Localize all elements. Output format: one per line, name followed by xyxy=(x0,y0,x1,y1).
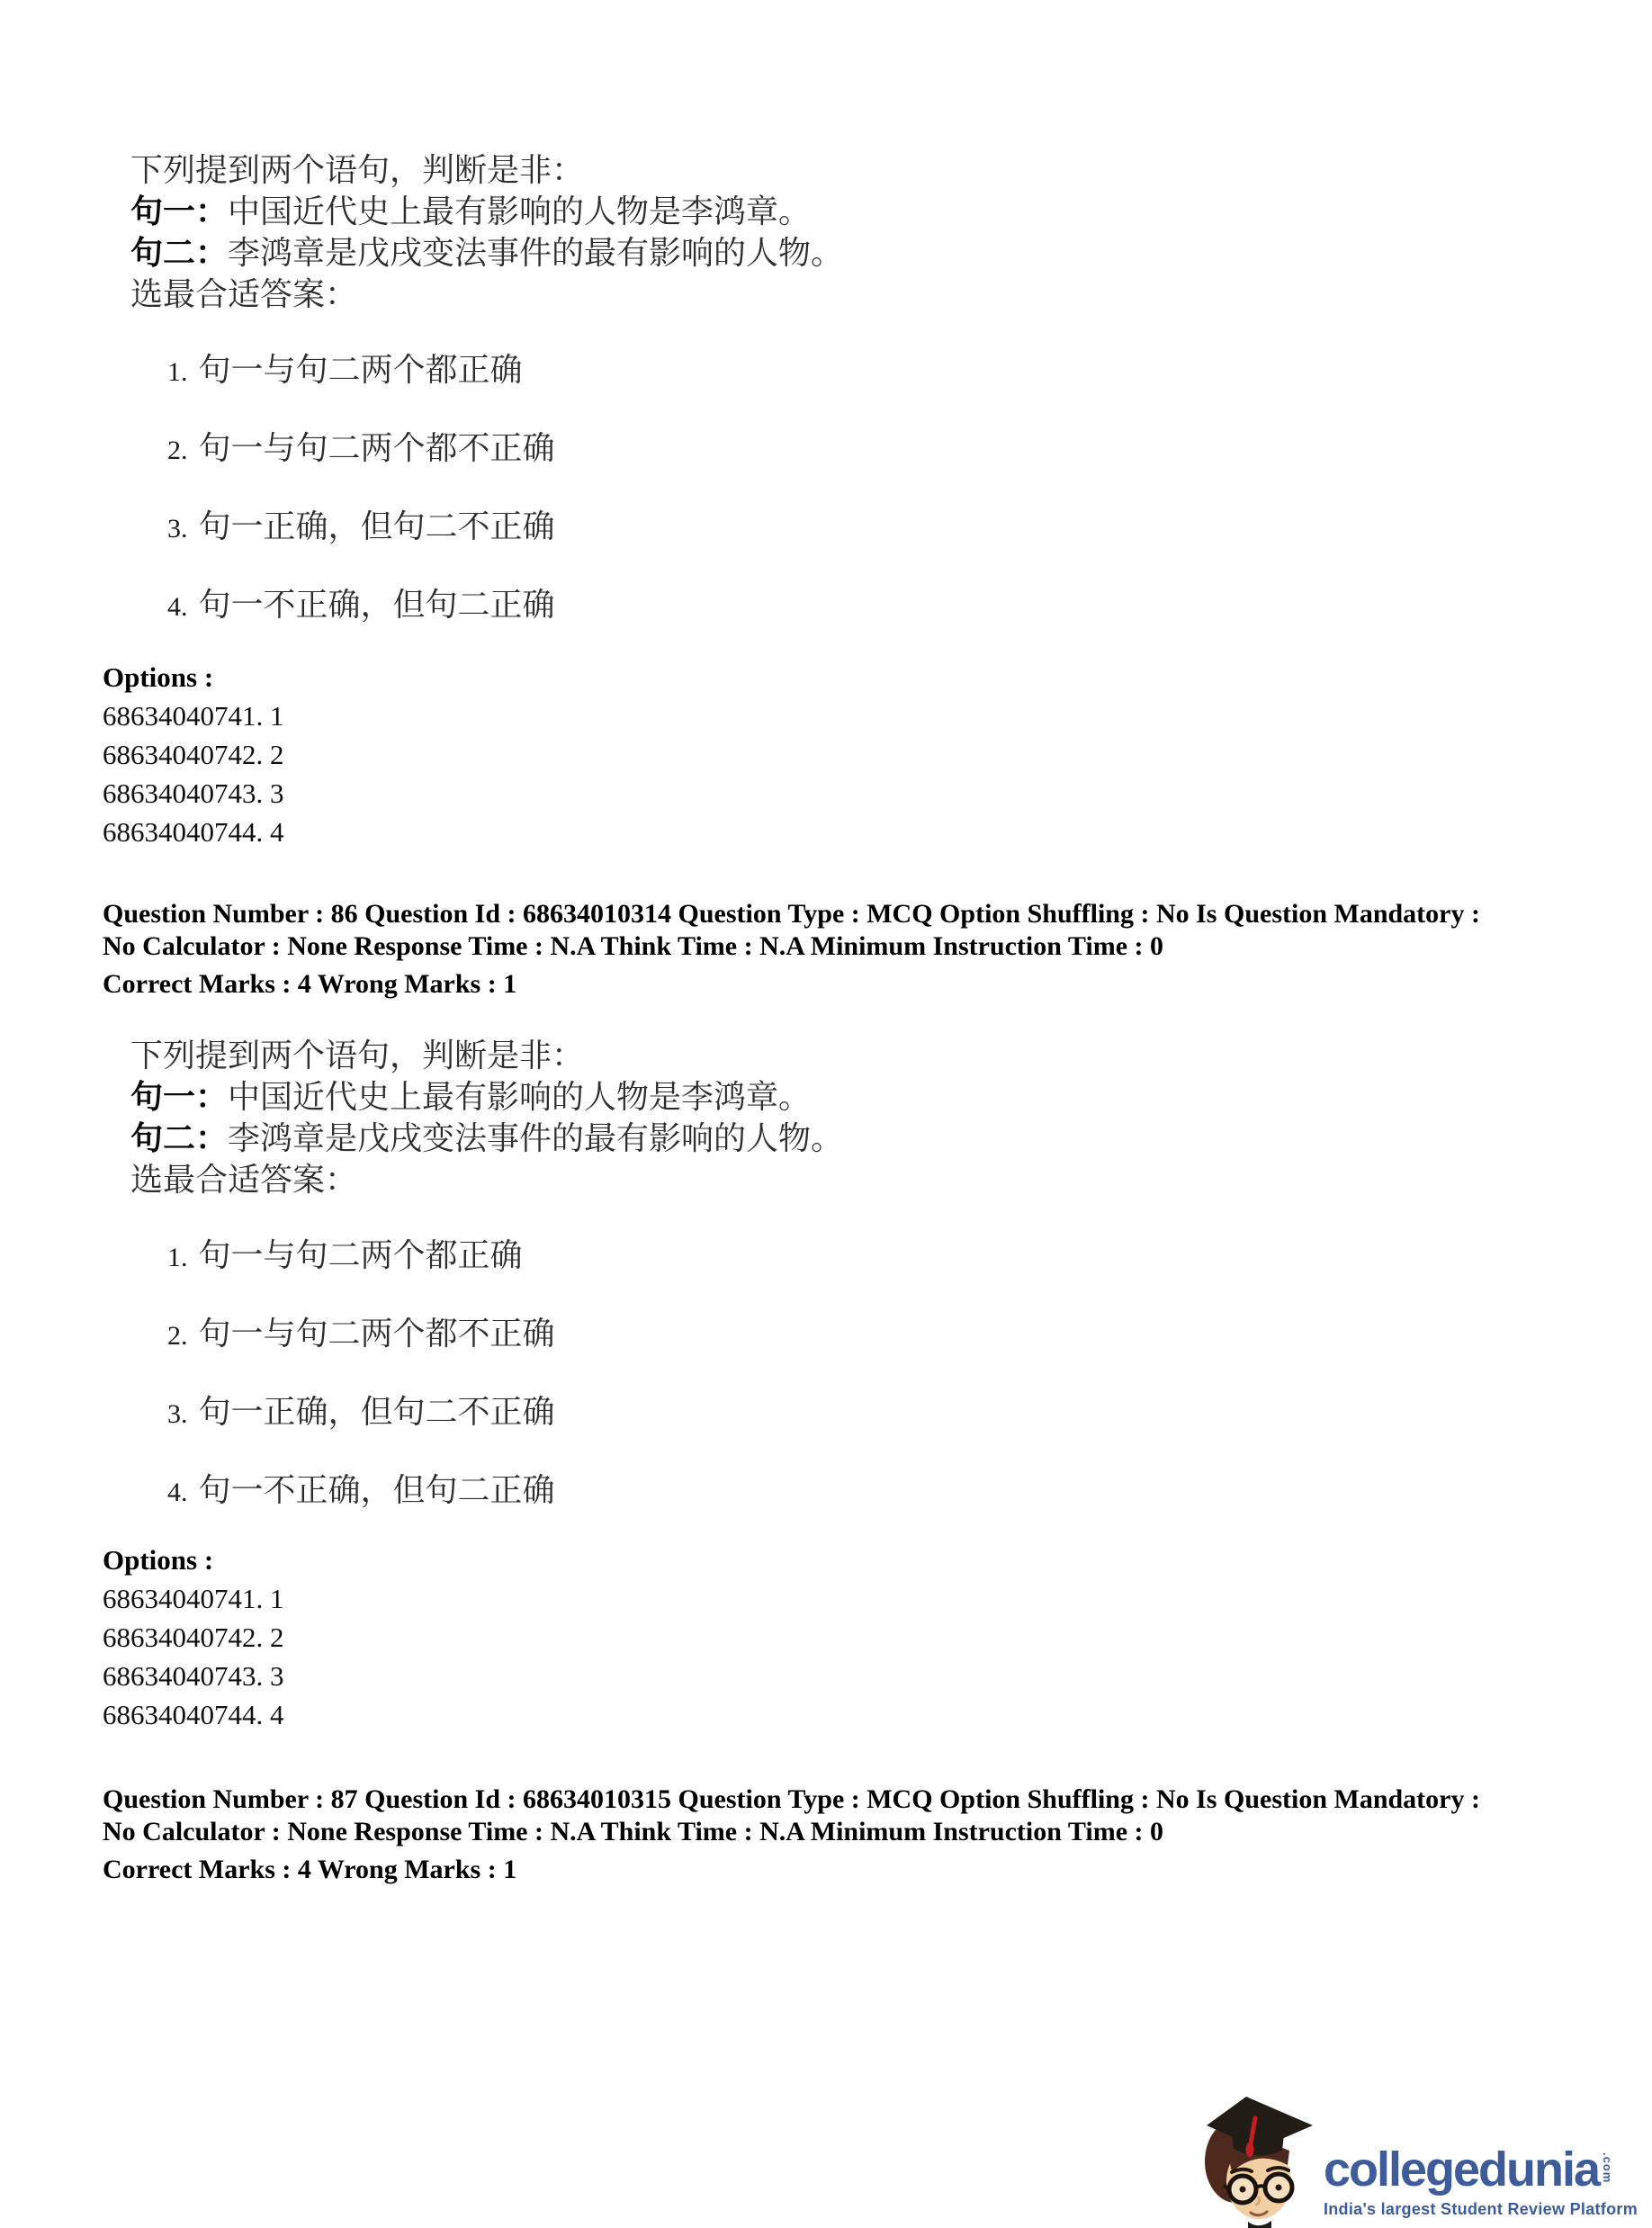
choice-text: 句一正确，但句二不正确 xyxy=(199,508,555,544)
question-body: 下列提到两个语句，判断是非： 句一：中国近代史上最有影响的人物是李鸿章。 句二：… xyxy=(130,149,843,315)
meta-line-1: Question Number : 87 Question Id : 68634… xyxy=(103,1783,1480,1816)
meta-line-2: No Calculator : None Response Time : N.A… xyxy=(103,1816,1480,1848)
sentence-two-label: 句二： xyxy=(130,1119,228,1156)
question-87-meta: Question Number : 87 Question Id : 68634… xyxy=(103,1783,1480,1886)
sentence-one: 句一：中国近代史上最有影响的人物是李鸿章。 xyxy=(130,1076,843,1118)
choice-number: 1. xyxy=(167,357,188,387)
sentence-two-text: 李鸿章是戊戌变法事件的最有影响的人物。 xyxy=(228,1119,843,1156)
exam-document-page: 下列提到两个语句，判断是非： 句一：中国近代史上最有影响的人物是李鸿章。 句二：… xyxy=(0,0,1652,2228)
choice-item: 3.句一正确，但句二不正确 xyxy=(167,1391,555,1433)
collegedunia-tagline: India's largest Student Review Platform xyxy=(1324,2200,1638,2219)
choice-text: 句一与句二两个都正确 xyxy=(199,351,523,388)
choice-number: 4. xyxy=(167,592,188,622)
option-id-item: 68634040743. 3 xyxy=(103,1657,284,1695)
choose-prompt: 选最合适答案： xyxy=(130,1159,843,1200)
sentence-one: 句一：中国近代史上最有影响的人物是李鸿章。 xyxy=(130,191,843,232)
choice-number: 2. xyxy=(167,1321,188,1351)
choice-text: 句一与句二两个都不正确 xyxy=(199,429,555,466)
choice-text: 句一不正确，但句二正确 xyxy=(199,1471,555,1508)
options-heading: Options : xyxy=(103,1541,284,1579)
sentence-two: 句二：李鸿章是戊戌变法事件的最有影响的人物。 xyxy=(130,1118,843,1159)
meta-line-2: No Calculator : None Response Time : N.A… xyxy=(103,930,1480,963)
choice-item: 4.句一不正确，但句二正确 xyxy=(167,1469,555,1511)
meta-marks-line: Correct Marks : 4 Wrong Marks : 1 xyxy=(103,1854,1480,1886)
choice-item: 3.句一正确，但句二不正确 xyxy=(167,506,555,547)
option-id-item: 68634040741. 1 xyxy=(103,696,284,735)
choice-text: 句一与句二两个都正确 xyxy=(199,1236,523,1273)
options-id-block: Options : 68634040741. 1 68634040742. 2 … xyxy=(103,1541,284,1734)
collegedunia-logo-text: collegedunia .com India's largest Studen… xyxy=(1324,2147,1638,2228)
choice-item: 2.句一与句二两个都不正确 xyxy=(167,1313,555,1354)
sentence-one-text: 中国近代史上最有影响的人物是李鸿章。 xyxy=(228,193,811,229)
question-intro: 下列提到两个语句，判断是非： xyxy=(130,1035,843,1076)
sentence-one-text: 中国近代史上最有影响的人物是李鸿章。 xyxy=(228,1078,811,1115)
option-id-item: 68634040744. 4 xyxy=(103,1695,284,1734)
choice-list: 1.句一与句二两个都正确 2.句一与句二两个都不正确 3.句一正确，但句二不正确… xyxy=(167,349,555,662)
sentence-one-label: 句一： xyxy=(130,1078,228,1115)
options-heading: Options : xyxy=(103,658,284,696)
choice-number: 4. xyxy=(167,1478,188,1507)
choice-number: 1. xyxy=(167,1243,188,1272)
choice-number: 2. xyxy=(167,436,188,465)
choose-prompt: 选最合适答案： xyxy=(130,274,843,315)
collegedunia-domain-suffix: .com xyxy=(1602,2152,1613,2183)
collegedunia-wordmark: collegedunia xyxy=(1324,2147,1599,2193)
choice-item: 1.句一与句二两个都正确 xyxy=(167,349,555,391)
meta-marks-line: Correct Marks : 4 Wrong Marks : 1 xyxy=(103,968,1480,1001)
sentence-one-label: 句一： xyxy=(130,193,228,229)
option-id-item: 68634040741. 1 xyxy=(103,1579,284,1618)
choice-item: 2.句一与句二两个都不正确 xyxy=(167,427,555,469)
sentence-two-label: 句二： xyxy=(130,234,228,271)
choice-list: 1.句一与句二两个都正确 2.句一与句二两个都不正确 3.句一正确，但句二不正确… xyxy=(167,1235,555,1548)
question-86-meta: Question Number : 86 Question Id : 68634… xyxy=(103,898,1480,1001)
option-id-item: 68634040742. 2 xyxy=(103,735,284,774)
collegedunia-wordmark-row: collegedunia .com xyxy=(1324,2147,1638,2193)
choice-number: 3. xyxy=(167,1399,188,1429)
option-id-item: 68634040742. 2 xyxy=(103,1618,284,1657)
choice-text: 句一正确，但句二不正确 xyxy=(199,1393,555,1430)
collegedunia-mascot-icon xyxy=(1199,2095,1315,2228)
choice-number: 3. xyxy=(167,514,188,544)
sentence-two: 句二：李鸿章是戊戌变法事件的最有影响的人物。 xyxy=(130,232,843,274)
sentence-two-text: 李鸿章是戊戌变法事件的最有影响的人物。 xyxy=(228,234,843,271)
options-id-block: Options : 68634040741. 1 68634040742. 2 … xyxy=(103,658,284,851)
option-id-item: 68634040743. 3 xyxy=(103,774,284,813)
choice-item: 4.句一不正确，但句二正确 xyxy=(167,584,555,625)
meta-line-1: Question Number : 86 Question Id : 68634… xyxy=(103,898,1480,930)
choice-item: 1.句一与句二两个都正确 xyxy=(167,1235,555,1276)
collegedunia-logo: collegedunia .com India's largest Studen… xyxy=(1199,2095,1638,2228)
question-body: 下列提到两个语句，判断是非： 句一：中国近代史上最有影响的人物是李鸿章。 句二：… xyxy=(130,1035,843,1200)
question-intro: 下列提到两个语句，判断是非： xyxy=(130,149,843,191)
option-id-item: 68634040744. 4 xyxy=(103,813,284,851)
choice-text: 句一不正确，但句二正确 xyxy=(199,586,555,623)
choice-text: 句一与句二两个都不正确 xyxy=(199,1315,555,1352)
